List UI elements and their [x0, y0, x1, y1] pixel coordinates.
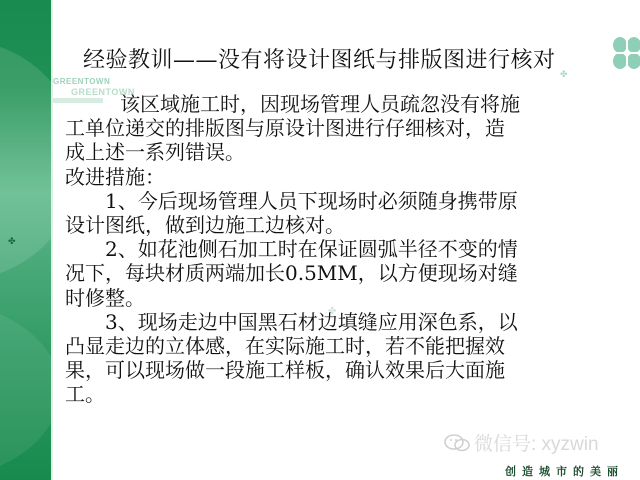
body-line: 1、今后现场管理人员下现场时必须随身携带原 [65, 189, 613, 213]
body-line: 3、现场走边中国黑石材边填缝应用深色系，以 [65, 310, 613, 334]
body-line: 况下，每块材质两端加长0.5MM，以方便现场对缝 [65, 261, 613, 285]
watermark-text: 微信号: xyzwin [474, 429, 599, 456]
side-decoration-strip: ✤ [0, 0, 53, 480]
clover-icon [612, 36, 640, 70]
body-line: 工。 [65, 382, 613, 406]
strip-edge [51, 0, 53, 480]
wechat-icon [444, 434, 470, 452]
body-line: 设计图纸，做到边施工边核对。 [65, 213, 613, 237]
clover-icon: ✤ [8, 238, 16, 247]
body-line: 果，可以现场做一段施工样板，确认效果后大面施 [65, 358, 613, 382]
body-line: 该区域施工时，因现场管理人员疏忽没有将施 [65, 92, 613, 116]
slide-title: 经验教训——没有将设计图纸与排版图进行核对 [83, 43, 556, 74]
body-line: 凸显走边的立体感，在实际施工时，若不能把握效 [65, 334, 613, 358]
body-line: 2、如花池侧石加工时在保证圆弧半径不变的情 [65, 237, 613, 261]
body-line: 改进措施： [65, 165, 613, 189]
slide-body: 该区域施工时，因现场管理人员疏忽没有将施 工单位递交的排版图与原设计图进行仔细核… [65, 92, 613, 406]
wechat-watermark: 微信号: xyzwin [444, 429, 599, 456]
body-line: 成上述一系列错误。 [65, 140, 613, 164]
body-line: 时修整。 [65, 286, 613, 310]
clover-icon: ✤ [560, 70, 568, 80]
slogan-text: 创造城市的美丽 [505, 463, 624, 479]
decorative-curve [0, 300, 53, 480]
body-line: 工单位递交的排版图与原设计图进行仔细核对，造 [65, 116, 613, 140]
brand-line-1: GREENTOWN [53, 77, 135, 87]
